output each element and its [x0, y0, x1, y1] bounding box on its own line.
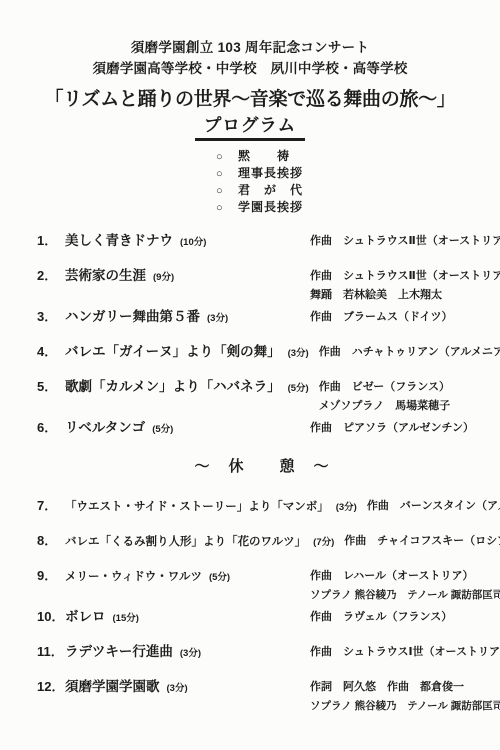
item-number: 7． [37, 497, 65, 515]
program-item-11: 11． ラデツキー行進曲 (3分) 作曲 シュトラウスⅠ世（オーストリア） [37, 643, 488, 663]
piece-credit: 作曲 ラヴェル（フランス） [310, 608, 488, 627]
piece-title: 芸術家の生涯 [65, 267, 146, 285]
piece-title: 須磨学園学園歌 [65, 678, 160, 696]
piece-credit: 作曲 ビゼー（フランス） [319, 378, 488, 397]
piece-credit: 作曲 シュトラウスⅡ世（オーストリア） [310, 267, 500, 286]
circle-bullet-icon: ○ [216, 166, 238, 182]
concert-program-page: 須磨学園創立 103 周年記念コンサート 須磨学園高等学校・中学校 夙川中学校・… [0, 0, 500, 750]
event-title: 須磨学園創立 103 周年記念コンサート [0, 38, 500, 58]
ceremony-item-label: 黙 祷 [238, 148, 290, 164]
piece-duration: (10分) [180, 234, 206, 252]
piece-duration: (7分) [313, 534, 334, 552]
piece-duration: (9分) [153, 269, 174, 287]
program-item-9: 9． メリー・ウィドウ・ワルツ (5分) 作曲 レハール（オーストリア） ソプラ… [37, 567, 488, 604]
piece-title: ラデツキー行進曲 [65, 643, 173, 661]
school-names: 須磨学園高等学校・中学校 夙川中学校・高等学校 [0, 58, 500, 79]
piece-credit: ソプラノ 熊谷綾乃 テノール 諏訪部匡司 [310, 697, 500, 716]
item-number: 4． [37, 343, 65, 361]
item-number: 2． [37, 267, 65, 285]
piece-credit: メゾソプラノ 馬場菜穂子 [319, 397, 488, 416]
item-number: 11． [37, 643, 65, 661]
piece-title: 「ウエスト・サイド・ストーリー」より「マンボ」 [65, 498, 329, 516]
item-number: 1． [37, 232, 65, 250]
circle-bullet-icon: ○ [216, 183, 238, 199]
ceremony-item-label: 学園長挨拶 [238, 199, 303, 215]
piece-title: メリー・ウィドウ・ワルツ [65, 568, 202, 586]
piece-duration: (3分) [288, 345, 309, 363]
piece-credit: 作曲 チャイコフスキー（ロシア） [344, 532, 500, 551]
program-item-10: 10． ボレロ (15分) 作曲 ラヴェル（フランス） [37, 608, 488, 628]
program-item-4: 4． バレエ「ガイーヌ」より「剣の舞」 (3分) 作曲 ハチャトゥリアン（アルメ… [37, 343, 488, 363]
piece-title: ボレロ [65, 608, 106, 626]
piece-title: 歌劇「カルメン」より「ハバネラ」 [65, 378, 281, 396]
item-number: 3． [37, 308, 65, 326]
ceremony-item: ○ 理事長挨拶 [216, 165, 303, 182]
item-number: 6． [37, 419, 65, 437]
piece-title: ハンガリー舞曲第５番 [65, 308, 200, 326]
program-item-8: 8． バレエ「くるみ割り人形」より「花のワルツ」 (7分) 作曲 チャイコフスキ… [37, 532, 488, 552]
piece-credit: 作曲 ハチャトゥリアン（アルメニア） [319, 343, 500, 362]
circle-bullet-icon: ○ [216, 200, 238, 216]
piece-credit: 作曲 レハール（オーストリア） [310, 567, 500, 586]
piece-credit: 作曲 ブラームス（ドイツ） [310, 308, 488, 327]
piece-duration: (5分) [209, 569, 230, 587]
item-number: 9． [37, 567, 65, 585]
program-list: 1． 美しく青きドナウ (10分) 作曲 シュトラウスⅡ世（オーストリア） 2．… [0, 216, 500, 715]
program-item-1: 1． 美しく青きドナウ (10分) 作曲 シュトラウスⅡ世（オーストリア） [37, 232, 488, 252]
ceremony-item-label: 君 が 代 [238, 182, 303, 198]
item-number: 10． [37, 608, 65, 626]
concert-title: 「リズムと踊りの世界～音楽で巡る舞曲の旅～」 [0, 86, 500, 113]
item-number: 8． [37, 532, 65, 550]
ceremony-item: ○ 学園長挨拶 [216, 199, 303, 216]
piece-credit: 作曲 シュトラウスⅡ世（オーストリア） [310, 232, 500, 251]
intermission-label: ～ 休 憩 ～ [37, 457, 488, 477]
piece-credit: 舞踊 若林絵美 上木翔太 [310, 286, 500, 305]
piece-duration: (5分) [288, 380, 309, 398]
piece-credit: 作曲 シュトラウスⅠ世（オーストリア） [310, 643, 500, 662]
ceremony-item-label: 理事長挨拶 [238, 165, 303, 181]
piece-duration: (3分) [336, 499, 357, 517]
piece-credit: 作曲 バーンスタイン（アメリカ） [367, 497, 500, 516]
ceremony-item: ○ 君 が 代 [216, 182, 303, 199]
program-item-7: 7． 「ウエスト・サイド・ストーリー」より「マンボ」 (3分) 作曲 バーンスタ… [37, 497, 488, 517]
piece-credit: 作詞 阿久悠 作曲 都倉俊一 [310, 678, 500, 697]
program-item-2: 2． 芸術家の生涯 (9分) 作曲 シュトラウスⅡ世（オーストリア） 舞踊 若林… [37, 267, 488, 304]
piece-credit: 作曲 ピアソラ（アルゼンチン） [310, 419, 488, 438]
circle-bullet-icon: ○ [216, 149, 238, 165]
piece-title: バレエ「くるみ割り人形」より「花のワルツ」 [65, 533, 306, 551]
piece-title: 美しく青きドナウ [65, 232, 173, 250]
piece-duration: (5分) [152, 421, 173, 439]
piece-title: バレエ「ガイーヌ」より「剣の舞」 [65, 343, 281, 361]
ceremony-item: ○ 黙 祷 [216, 148, 303, 165]
piece-duration: (3分) [180, 645, 201, 663]
program-item-12: 12． 須磨学園学園歌 (3分) 作詞 阿久悠 作曲 都倉俊一 ソプラノ 熊谷綾… [37, 678, 488, 715]
item-number: 12． [37, 678, 65, 696]
piece-duration: (15分) [113, 610, 139, 628]
piece-duration: (3分) [167, 680, 188, 698]
item-number: 5． [37, 378, 65, 396]
piece-title: リベルタンゴ [65, 419, 145, 437]
ceremony-list: ○ 黙 祷 ○ 理事長挨拶 ○ 君 が 代 ○ 学園長挨拶 [216, 148, 303, 216]
program-item-5: 5． 歌劇「カルメン」より「ハバネラ」 (5分) 作曲 ビゼー（フランス） メゾ… [37, 378, 488, 415]
program-item-3: 3． ハンガリー舞曲第５番 (3分) 作曲 ブラームス（ドイツ） [37, 308, 488, 328]
page-header: 須磨学園創立 103 周年記念コンサート 須磨学園高等学校・中学校 夙川中学校・… [0, 38, 500, 141]
program-item-6: 6． リベルタンゴ (5分) 作曲 ピアソラ（アルゼンチン） [37, 419, 488, 439]
piece-credit: ソプラノ 熊谷綾乃 テノール 諏訪部匡司 [310, 586, 500, 605]
piece-duration: (3分) [207, 310, 228, 328]
program-heading: プログラム [195, 114, 305, 141]
